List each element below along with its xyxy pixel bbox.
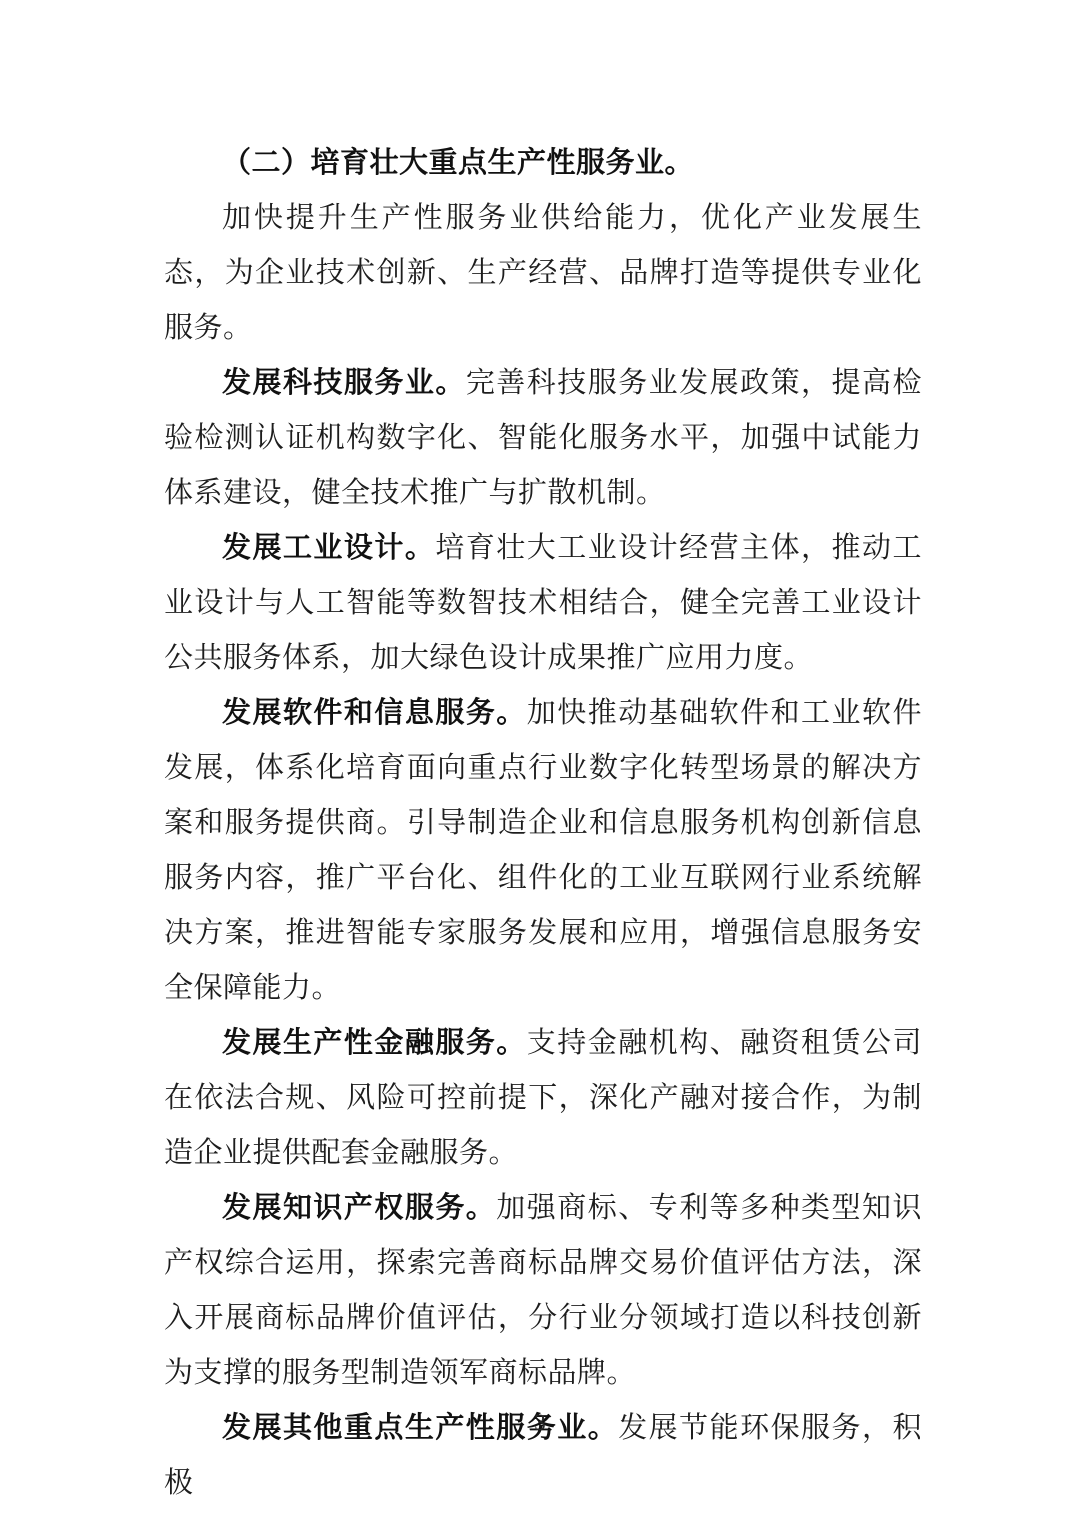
paragraph-tech-services: 发展科技服务业。完善科技服务业发展政策，提高检验检测认证机构数字化、智能化服务水… <box>164 356 922 521</box>
paragraph-lead: 发展科技服务业。 <box>222 367 466 399</box>
document-page: （二）培育壮大重点生产性服务业。 加快提升生产性服务业供给能力，优化产业发展生态… <box>0 0 1080 1527</box>
paragraph-intro: 加快提升生产性服务业供给能力，优化产业发展生态，为企业技术创新、生产经营、品牌打… <box>164 191 922 356</box>
paragraph-lead: 发展软件和信息服务。 <box>222 697 527 729</box>
page-number: 3 <box>0 1408 1080 1438</box>
section-heading: （二）培育壮大重点生产性服务业。 <box>164 136 922 191</box>
paragraph-lead: 发展生产性金融服务。 <box>222 1027 527 1059</box>
paragraph-financial-services: 发展生产性金融服务。支持金融机构、融资租赁公司在依法合规、风险可控前提下，深化产… <box>164 1016 922 1181</box>
paragraph-lead: 发展工业设计。 <box>222 532 435 564</box>
paragraph-software-info-services: 发展软件和信息服务。加快推动基础软件和工业软件发展，体系化培育面向重点行业数字化… <box>164 686 922 1016</box>
paragraph-lead: 发展知识产权服务。 <box>222 1192 496 1224</box>
paragraph-text: 加快推动基础软件和工业软件发展，体系化培育面向重点行业数字化转型场景的解决方案和… <box>164 697 922 1004</box>
paragraph-industrial-design: 发展工业设计。培育壮大工业设计经营主体，推动工业设计与人工智能等数智技术相结合，… <box>164 521 922 686</box>
document-body: （二）培育壮大重点生产性服务业。 加快提升生产性服务业供给能力，优化产业发展生态… <box>164 136 922 1511</box>
paragraph-text: 加快提升生产性服务业供给能力，优化产业发展生态，为企业技术创新、生产经营、品牌打… <box>164 202 922 344</box>
paragraph-ip-services: 发展知识产权服务。加强商标、专利等多种类型知识产权综合运用，探索完善商标品牌交易… <box>164 1181 922 1401</box>
